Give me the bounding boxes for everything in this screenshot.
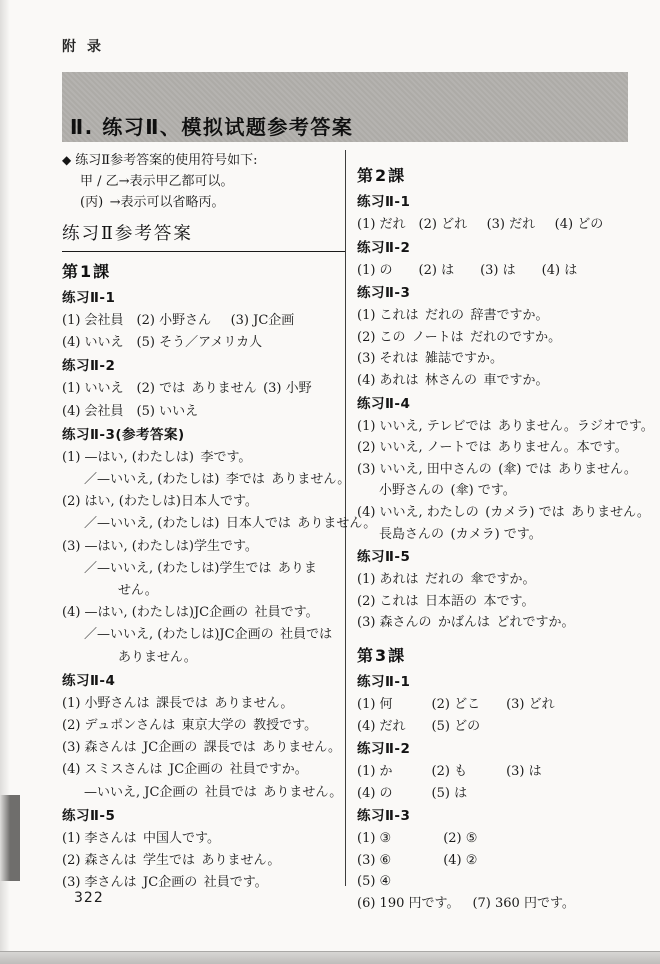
answer-line: —いいえ, JC企画の 社員では ありません。 xyxy=(62,782,345,804)
answer-line: 長島さんの (カメラ) です。 xyxy=(357,524,647,546)
answer-line: (4) の (5) は xyxy=(357,783,647,805)
answer-line: (1) 小野さんは 課長では ありません。 xyxy=(62,693,345,715)
answer-line: (3) —はい, (わたしは)学生です。 xyxy=(62,536,345,558)
exercise-label: 练习Ⅱ-2 xyxy=(357,738,647,761)
exercise-label: 练习Ⅱ-3(参考答案) xyxy=(62,424,345,447)
answer-line: (6) 190 円です。 (7) 360 円です。 xyxy=(357,893,647,915)
lesson-title: 第1課 xyxy=(62,259,345,285)
answer-line: (3) ⑥ (4) ② xyxy=(357,850,647,872)
answer-line: (2) これは 日本語の 本です。 xyxy=(357,591,647,613)
page-number: 322 xyxy=(74,890,104,906)
exercise-label: 练习Ⅱ-3 xyxy=(357,805,647,828)
section-banner: Ⅱ. 练习Ⅱ、模拟试题参考答案 xyxy=(62,72,628,142)
answer-line: (1) 会社員 (2) 小野さん (3) JC企画 xyxy=(62,310,345,332)
answer-line: (3) それは 雑誌ですか。 xyxy=(357,348,647,370)
answer-line: (2) デュポンさんは 東京大学の 教授です。 xyxy=(62,715,345,737)
exercise-label: 练习Ⅱ-5 xyxy=(62,805,345,828)
answer-line: (5) ④ xyxy=(357,871,647,893)
answer-line: ありません。 xyxy=(62,647,345,669)
lesson-title: 第2課 xyxy=(357,163,647,189)
exercise-label: 练习Ⅱ-5 xyxy=(357,546,647,569)
answer-line: (3) 李さんは JC企画の 社員です。 xyxy=(62,872,345,894)
diamond-bullet-icon: ◆ xyxy=(62,153,71,167)
answer-line: (1) だれ (2) どれ (3) だれ (4) どの xyxy=(357,214,647,236)
answer-line: (1) の (2) は (3) は (4) は xyxy=(357,260,647,282)
answer-line: (1) これは だれの 辞書ですか。 xyxy=(357,305,647,327)
answer-line: (1) ③ (2) ⑤ xyxy=(357,828,647,850)
answer-line: (4) スミスさんは JC企画の 社員ですか。 xyxy=(62,759,345,781)
answer-line: ／—いいえ, (わたしは)JC企画の 社員では xyxy=(62,624,345,646)
note-line: ◆练习Ⅱ参考答案的使用符号如下: xyxy=(62,150,345,171)
left-answer-blocks: 第1課练习Ⅱ-1(1) 会社員 (2) 小野さん (3) JC企画(4) いいえ… xyxy=(62,259,345,894)
answer-line: (4) あれは 林さんの 車ですか。 xyxy=(357,370,647,392)
answer-line: せん。 xyxy=(62,580,345,602)
exercise-label: 练习Ⅱ-4 xyxy=(62,670,345,693)
answer-line: (2) はい, (わたしは)日本人です。 xyxy=(62,491,345,513)
exercise-label: 练习Ⅱ-3 xyxy=(357,282,647,305)
answer-line: ／—いいえ, (わたしは)学生では ありま xyxy=(62,558,345,580)
answer-line: (1) 李さんは 中国人です。 xyxy=(62,828,345,850)
exercise-label: 练习Ⅱ-1 xyxy=(357,671,647,694)
usage-notes: ◆练习Ⅱ参考答案的使用符号如下: 甲 / 乙→表示甲乙都可以。 (丙) →表示可… xyxy=(62,150,345,213)
exercise-label: 练习Ⅱ-2 xyxy=(62,355,345,378)
answers-section-heading: 练习Ⅱ参考答案 xyxy=(62,220,345,252)
page-left-edge xyxy=(0,0,10,964)
note-text: 练习Ⅱ参考答案的使用符号如下: xyxy=(75,153,257,168)
exercise-label: 练习Ⅱ-2 xyxy=(357,237,647,260)
answer-line: (2) 森さんは 学生では ありません。 xyxy=(62,850,345,872)
answer-line: ／—いいえ, (わたしは) 李では ありません。 xyxy=(62,469,345,491)
answer-line: (3) 森さんの かばんは どれですか。 xyxy=(357,612,647,634)
answer-line: (1) いいえ (2) では ありません (3) 小野 xyxy=(62,378,345,400)
answer-line: 小野さんの (傘) です。 xyxy=(357,480,647,502)
note-line: (丙) →表示可以省略丙。 xyxy=(62,192,345,213)
exercise-label: 练习Ⅱ-4 xyxy=(357,393,647,416)
answer-line: (1) 何 (2) どこ (3) どれ xyxy=(357,694,647,716)
answer-line: (4) いいえ, わたしの (カメラ) では ありません。 xyxy=(357,502,647,524)
answer-line: ／—いいえ, (わたしは) 日本人では ありません。 xyxy=(62,513,345,535)
answer-line: (4) 会社員 (5) いいえ xyxy=(62,401,345,423)
answer-line: (1) か (2) も (3) は xyxy=(357,761,647,783)
book-page: 附 录 Ⅱ. 练习Ⅱ、模拟试题参考答案 ◆练习Ⅱ参考答案的使用符号如下: 甲 /… xyxy=(0,0,660,964)
answer-line: (4) —はい, (わたしは)JC企画の 社員です。 xyxy=(62,602,345,624)
answer-line: (3) いいえ, 田中さんの (傘) では ありません。 xyxy=(357,459,647,481)
banner-title: Ⅱ. 练习Ⅱ、模拟试题参考答案 xyxy=(70,111,353,140)
answer-line: (1) あれは だれの 傘ですか。 xyxy=(357,569,647,591)
appendix-label: 附 录 xyxy=(62,36,103,56)
exercise-label: 练习Ⅱ-1 xyxy=(62,287,345,310)
answer-line: (2) いいえ, ノートでは ありません。本です。 xyxy=(357,437,647,459)
right-column: 第2課练习Ⅱ-1(1) だれ (2) どれ (3) だれ (4) どの练习Ⅱ-2… xyxy=(357,154,647,915)
answer-line: (1) —はい, (わたしは) 李です。 xyxy=(62,447,345,469)
answer-line: (4) いいえ (5) そう／アメリカ人 xyxy=(62,332,345,354)
answer-line: (1) いいえ, テレビでは ありません。ラジオです。 xyxy=(357,416,647,438)
answer-line: (2) この ノートは だれのですか。 xyxy=(357,327,647,349)
exercise-label: 练习Ⅱ-1 xyxy=(357,191,647,214)
note-line: 甲 / 乙→表示甲乙都可以。 xyxy=(62,171,345,192)
left-column: ◆练习Ⅱ参考答案的使用符号如下: 甲 / 乙→表示甲乙都可以。 (丙) →表示可… xyxy=(62,150,345,894)
page-bottom-edge xyxy=(0,951,660,964)
lesson-title: 第3課 xyxy=(357,643,647,669)
answer-line: (4) だれ (5) どの xyxy=(357,716,647,738)
answer-line: (3) 森さんは JC企画の 課長では ありません。 xyxy=(62,737,345,759)
